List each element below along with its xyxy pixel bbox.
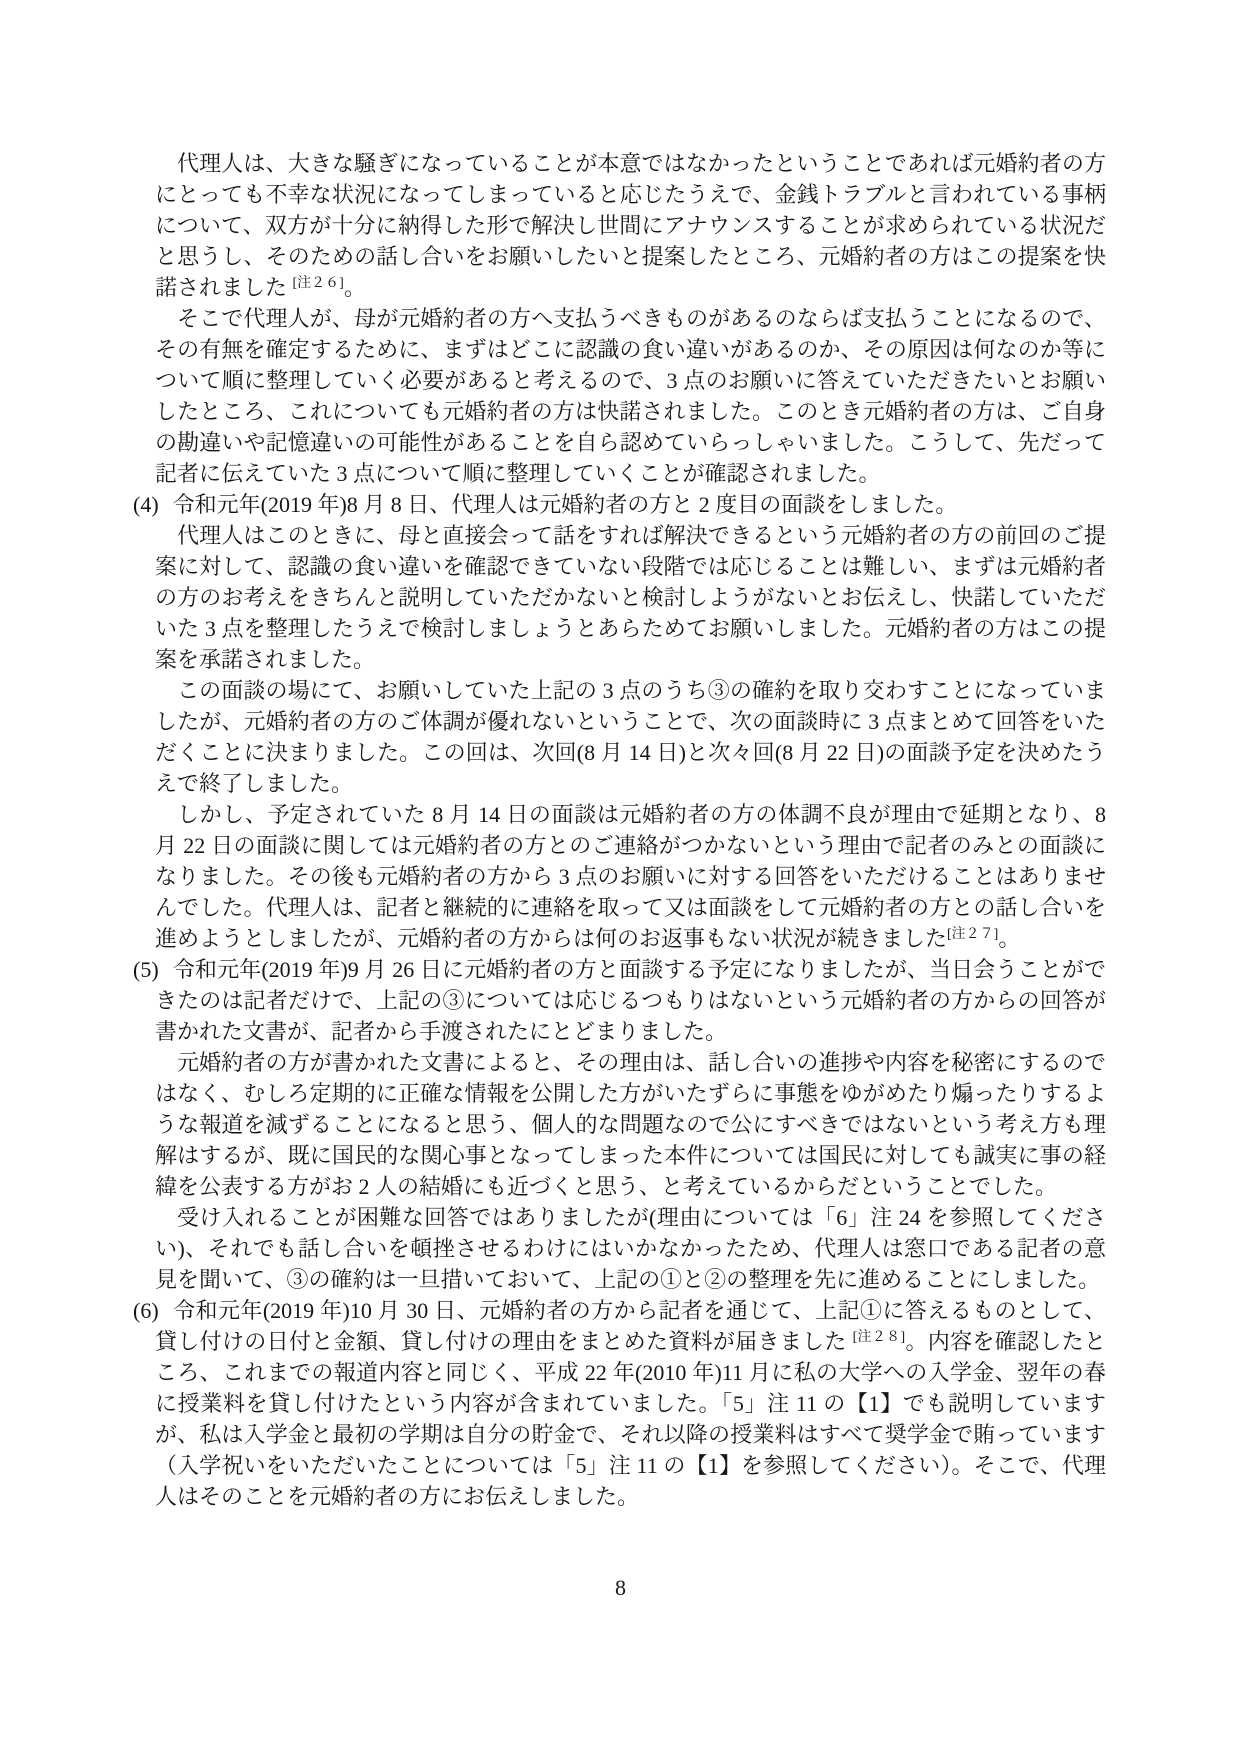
- document-page: 代理人は、大きな騒ぎになっていることが本意ではなかったということであれば元婚約者…: [0, 0, 1241, 1755]
- paragraph-text: 。内容を確認したところ、これまでの報道内容と同じく、平成 22 年(2010 年…: [155, 1329, 1106, 1509]
- paragraph-text: 代理人はこのときに、母と直接会って話をすれば解決できるという元婚約者の方の前回の…: [155, 523, 1106, 672]
- paragraph-text: 令和元年(2019 年)8 月 8 日、代理人は元婚約者の方と 2 度目の面談を…: [173, 492, 958, 517]
- paragraph-text: 元婚約者の方が書かれた文書によると、その理由は、話し合いの進捗や内容を秘密にする…: [155, 1050, 1106, 1199]
- item-marker: (4): [133, 492, 159, 517]
- list-item-5: (5)令和元年(2019 年)9 月 26 日に元婚約者の方と面談する予定になり…: [155, 954, 1106, 1047]
- list-item-6: (6)令和元年(2019 年)10 月 30 日、元婚約者の方から記者を通じて、…: [155, 1295, 1106, 1512]
- paragraph-text: 。: [998, 926, 1020, 951]
- paragraph-text: 。: [344, 275, 366, 300]
- paragraph-3: 代理人はこのときに、母と直接会って話をすれば解決できるという元婚約者の方の前回の…: [155, 520, 1106, 675]
- footnote-ref-27: [注２７]: [947, 927, 998, 942]
- page-number: 8: [0, 1574, 1241, 1602]
- paragraph-text: 令和元年(2019 年)9 月 26 日に元婚約者の方と面談する予定になりました…: [155, 957, 1106, 1044]
- paragraph-text: そこで代理人が、母が元婚約者の方へ支払うべきものがあるのならば支払うことになるの…: [155, 306, 1106, 486]
- paragraph-text: 受け入れることが困難な回答ではありましたが(理由については「6」注 24 を参照…: [155, 1205, 1106, 1292]
- paragraph-5: しかし、予定されていた 8 月 14 日の面談は元婚約者の方の体調不良が理由で延…: [155, 799, 1106, 954]
- paragraph-7: 受け入れることが困難な回答ではありましたが(理由については「6」注 24 を参照…: [155, 1202, 1106, 1295]
- paragraph-1: 代理人は、大きな騒ぎになっていることが本意ではなかったということであれば元婚約者…: [155, 148, 1106, 303]
- footnote-ref-28: [注２８]: [853, 1330, 906, 1345]
- list-item-4: (4)令和元年(2019 年)8 月 8 日、代理人は元婚約者の方と 2 度目の…: [155, 489, 1106, 520]
- paragraph-text: この面談の場にて、お願いしていた上記の 3 点のうち③の確約を取り交わすことにな…: [155, 678, 1106, 796]
- paragraph-6: 元婚約者の方が書かれた文書によると、その理由は、話し合いの進捗や内容を秘密にする…: [155, 1047, 1106, 1202]
- document-body: 代理人は、大きな騒ぎになっていることが本意ではなかったということであれば元婚約者…: [133, 148, 1106, 1512]
- item-marker: (6): [133, 1298, 159, 1323]
- item-marker: (5): [133, 957, 159, 982]
- paragraph-2: そこで代理人が、母が元婚約者の方へ支払うべきものがあるのならば支払うことになるの…: [155, 303, 1106, 489]
- paragraph-4: この面談の場にて、お願いしていた上記の 3 点のうち③の確約を取り交わすことにな…: [155, 675, 1106, 799]
- footnote-ref-26: [注２６]: [293, 276, 344, 291]
